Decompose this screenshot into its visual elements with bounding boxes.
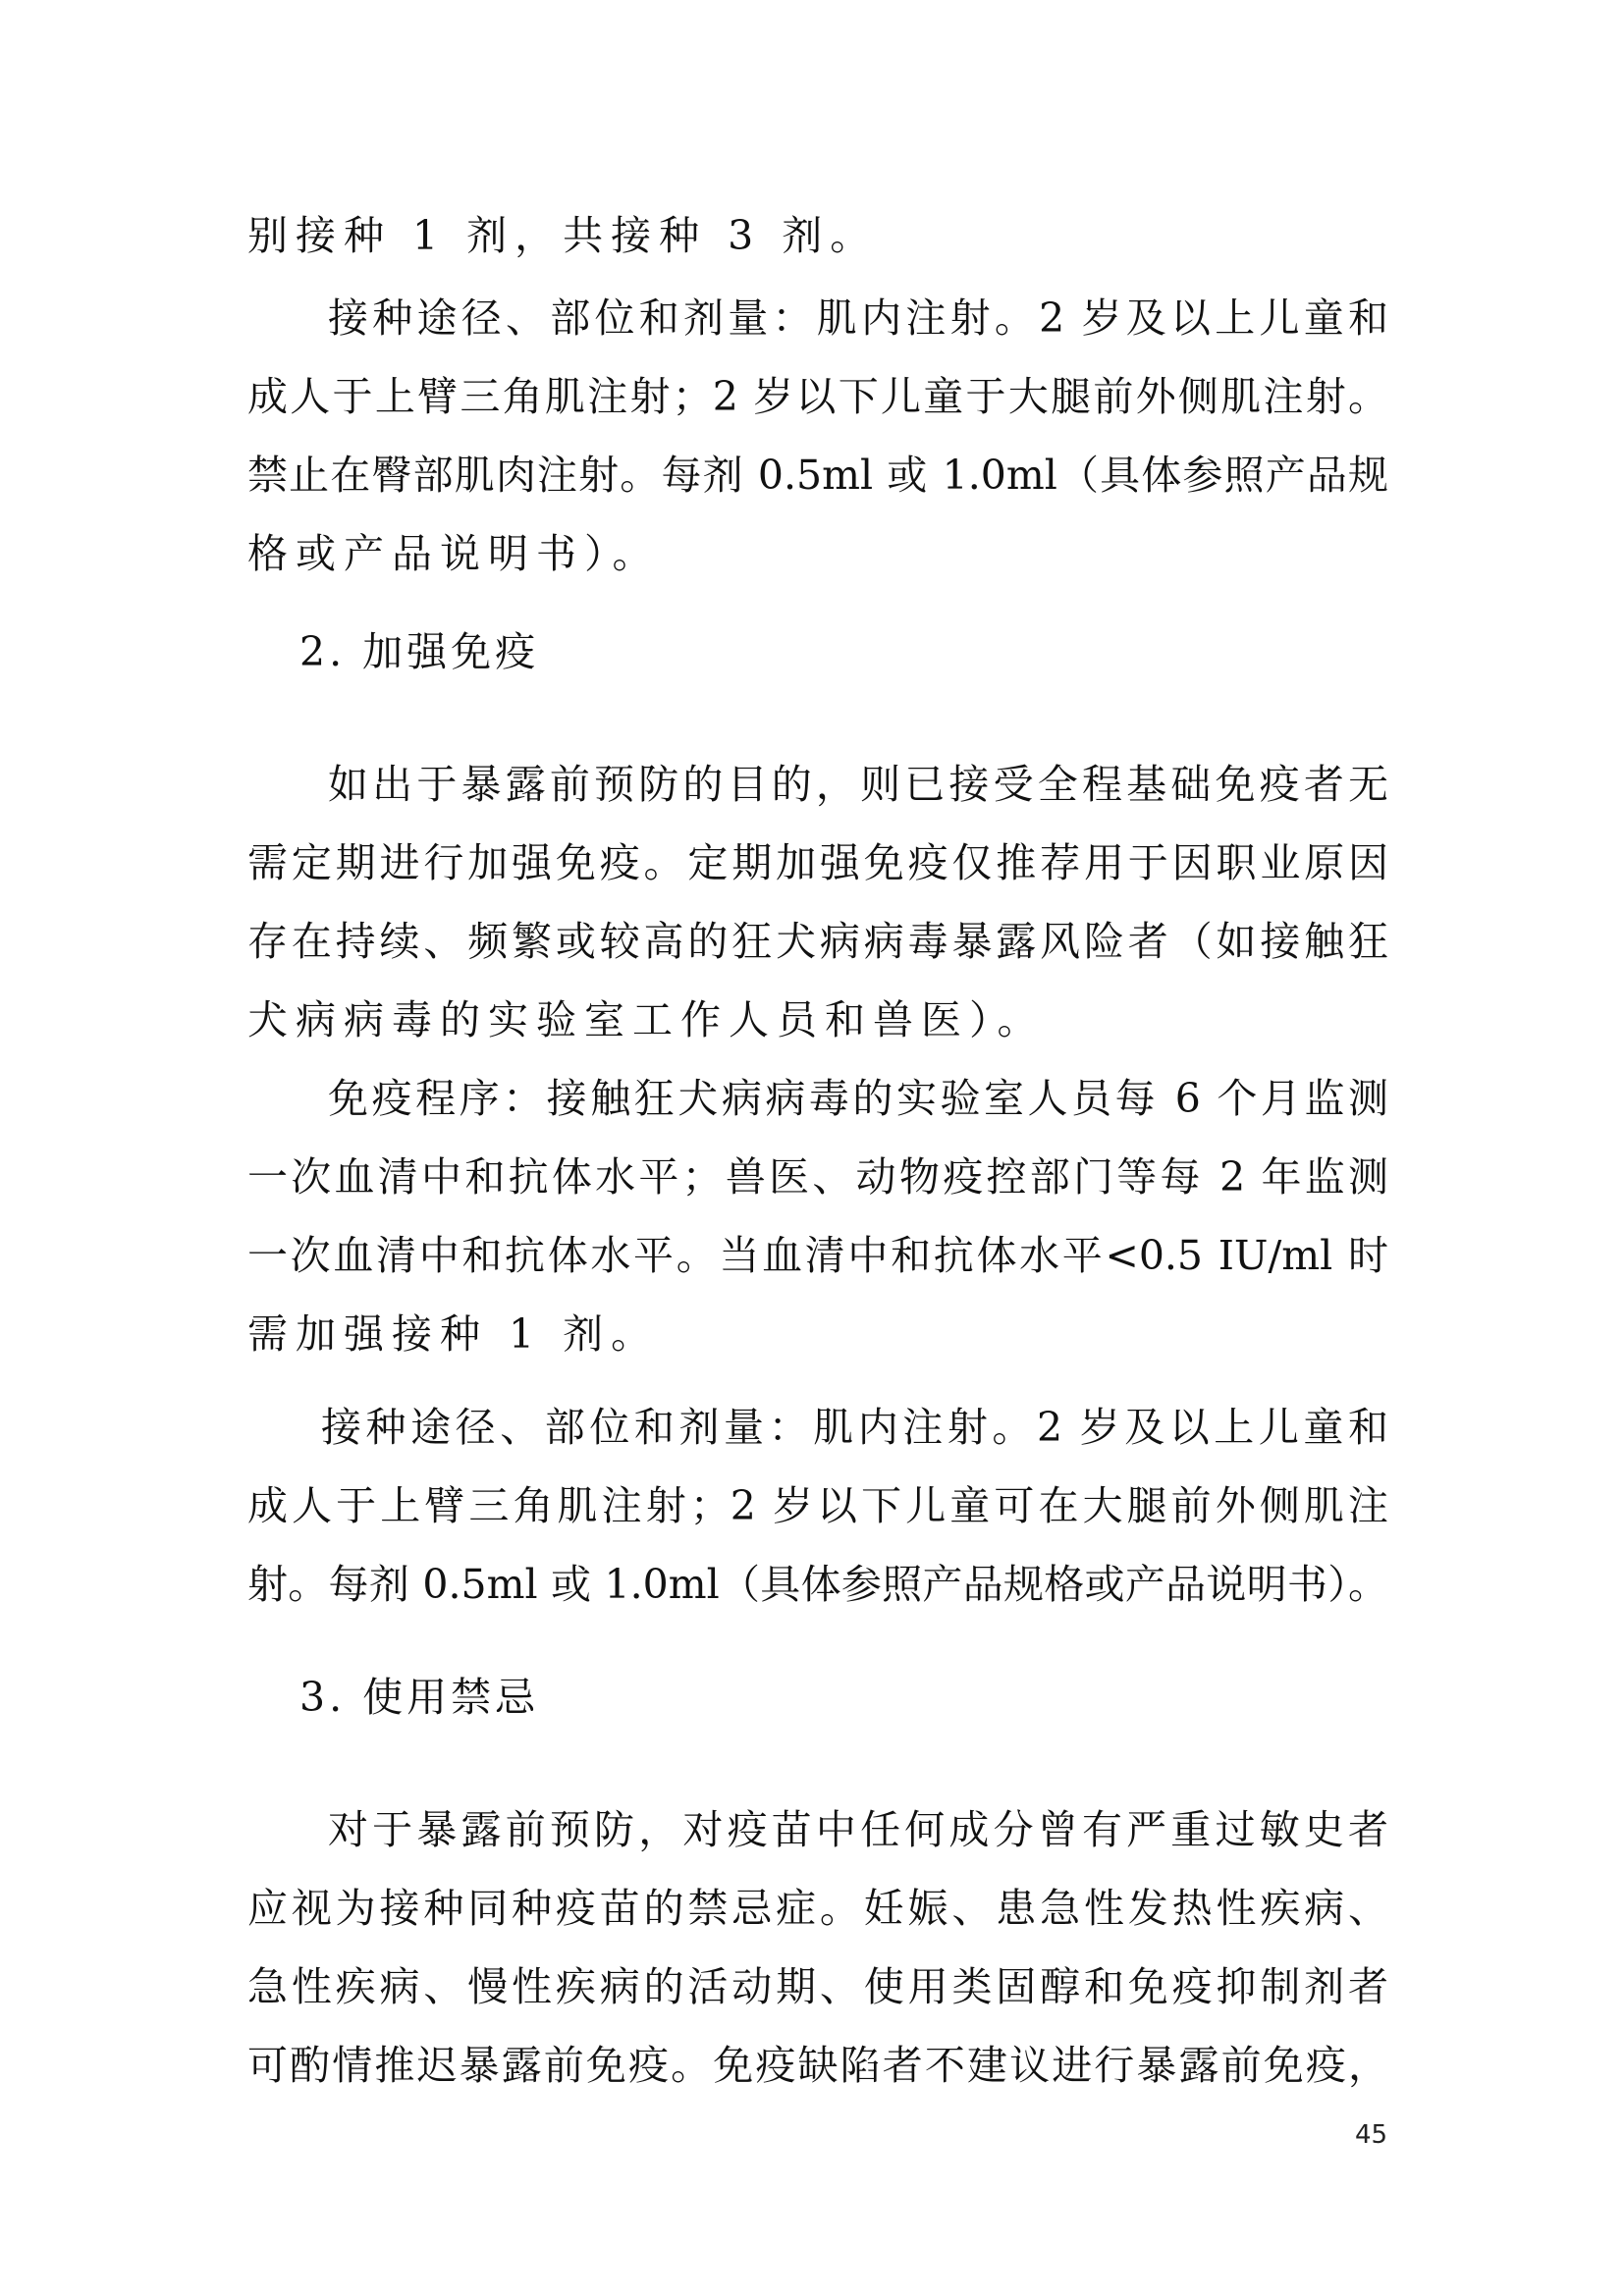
section-heading-contraindications: 3. 使用禁忌: [299, 1674, 1440, 1721]
paragraph-contraindications-line: 对于暴露前预防，对疫苗中任何成分曾有严重过敏史者: [328, 1806, 1388, 1853]
paragraph-contraindications-line: 应视为接种同种疫苗的禁忌症。妊娠、患急性发热性疾病、: [247, 1885, 1388, 1932]
paragraph-booster-purpose-line: 存在持续、频繁或较高的狂犬病病毒暴露风险者（如接触狂: [247, 918, 1388, 965]
paragraph-booster-purpose-line: 如出于暴露前预防的目的，则已接受全程基础免疫者无: [328, 761, 1388, 808]
paragraph-primary-schedule-line: 格或产品说明书）。: [247, 530, 1388, 577]
paragraph-booster-route-line: 射。每剂 0.5ml 或 1.0ml（具体参照产品规格或产品说明书）。: [247, 1561, 1388, 1608]
paragraph-booster-schedule-line: 免疫程序：接触狂犬病病毒的实验室人员每 6 个月监测: [328, 1075, 1388, 1122]
section-heading-booster-immunization: 2. 加强免疫: [299, 628, 1440, 675]
paragraph-booster-route-line: 接种途径、部位和剂量：肌内注射。2 岁及以上儿童和: [321, 1404, 1388, 1451]
paragraph-primary-schedule-line: 别接种 1 剂，共接种 3 剂。: [247, 212, 1388, 259]
paragraph-booster-schedule-line: 一次血清中和抗体水平。当血清中和抗体水平<0.5 IU/ml 时: [247, 1232, 1388, 1279]
paragraph-primary-schedule-line: 禁止在臀部肌肉注射。每剂 0.5ml 或 1.0ml（具体参照产品规: [247, 452, 1388, 499]
paragraph-primary-schedule-line: 接种途径、部位和剂量：肌内注射。2 岁及以上儿童和: [328, 294, 1388, 342]
paragraph-contraindications-line: 急性疾病、慢性疾病的活动期、使用类固醇和免疫抑制剂者: [247, 1963, 1388, 2010]
paragraph-booster-schedule-line: 一次血清中和抗体水平；兽医、动物疫控部门等每 2 年监测: [247, 1153, 1388, 1201]
paragraph-contraindications-line: 可酌情推迟暴露前免疫。免疫缺陷者不建议进行暴露前免疫，: [247, 2042, 1388, 2089]
paragraph-primary-schedule-line: 成人于上臂三角肌注射；2 岁以下儿童于大腿前外侧肌注射。: [247, 373, 1388, 420]
page-number: 45: [1355, 2120, 1387, 2150]
paragraph-booster-route-line: 成人于上臂三角肌注射；2 岁以下儿童可在大腿前外侧肌注: [247, 1482, 1388, 1529]
paragraph-booster-purpose-line: 犬病病毒的实验室工作人员和兽医）。: [247, 996, 1388, 1043]
paragraph-booster-purpose-line: 需定期进行加强免疫。定期加强免疫仅推荐用于因职业原因: [247, 839, 1388, 886]
paragraph-booster-schedule-line: 需加强接种 1 剂。: [247, 1310, 1388, 1358]
